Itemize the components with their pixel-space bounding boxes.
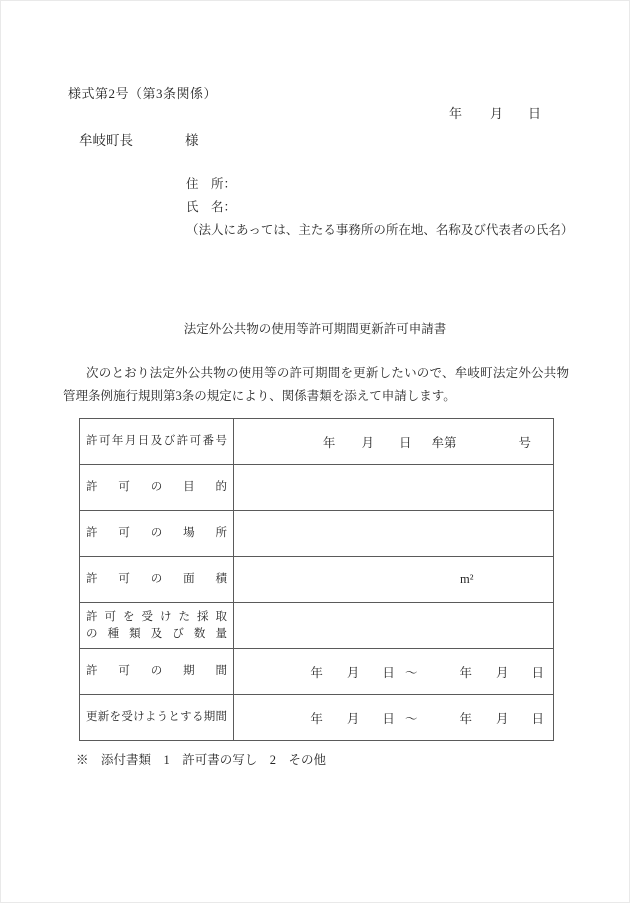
permit-period-field: 年 月 日 ～ 年 月 日 (234, 649, 554, 695)
table-row-renewal-period: 更新を受けようとする期間 年 月 日 ～ 年 月 日 (80, 695, 554, 741)
to-month-label: 月 (496, 709, 509, 727)
form-number: 様式第2号（第3条関係） (68, 83, 217, 102)
row-label-cell: 許可年月日及び許可番号 (80, 419, 234, 465)
date-line: 年 月 日 (449, 103, 541, 122)
application-form-page: 様式第2号（第3条関係） 年 月 日 牟岐町長 様 住 所： 氏 名： （法人に… (0, 0, 630, 903)
row-label: 許可の場所 (86, 525, 227, 542)
to-month-label: 月 (496, 663, 509, 681)
table-row-area: 許可の面積 m² (80, 557, 554, 603)
table-row-permit-date-number: 許可年月日及び許可番号 年 月 日 牟第 号 (80, 419, 554, 465)
row-label-cell: 許可の面積 (80, 557, 234, 603)
row-label-line1: 許可を受けた採取 (86, 609, 227, 626)
to-day-label: 日 (531, 709, 544, 727)
applicant-block: 住 所： 氏 名： （法人にあっては、主たる事務所の所在地、名称及び代表者の氏名… (186, 173, 573, 242)
from-day-label: 日 (382, 663, 395, 681)
to-year-label: 年 (459, 663, 472, 681)
area-field: m² (234, 557, 554, 603)
year-label: 年 (323, 433, 336, 451)
document-title: 法定外公共物の使用等許可期間更新許可申請書 (63, 319, 567, 337)
from-year-label: 年 (310, 663, 323, 681)
table-row-purpose: 許可の目的 (80, 465, 554, 511)
date-year-label: 年 (449, 103, 462, 122)
row-label: 許可の期間 (86, 663, 227, 680)
tilde-separator: ～ (405, 663, 418, 681)
from-month-label: 月 (347, 663, 360, 681)
date-day-label: 日 (528, 103, 541, 122)
row-label-cell: 許可を受けた採取 の種類及び数量 (80, 603, 234, 649)
row-label-cell: 許可の期間 (80, 649, 234, 695)
row-label-cell: 更新を受けようとする期間 (80, 695, 234, 741)
row-label-line2: の種類及び数量 (86, 626, 227, 643)
location-field (234, 511, 554, 557)
addressee-honorific: 様 (185, 129, 199, 149)
row-label: 許可年月日及び許可番号 (86, 433, 227, 450)
permit-number-suffix: 号 (518, 433, 531, 451)
table-row-extraction-type-quantity: 許可を受けた採取 の種類及び数量 (80, 603, 554, 649)
application-table: 許可年月日及び許可番号 年 月 日 牟第 号 許可の目的 (79, 418, 554, 741)
permit-date-number-field: 年 月 日 牟第 号 (234, 419, 554, 465)
tilde-separator: ～ (405, 709, 418, 727)
attachments-note: ※ 添付書類 1 許可書の写し 2 その他 (76, 750, 326, 768)
row-label: 許可の目的 (86, 479, 227, 496)
to-year-label: 年 (459, 709, 472, 727)
row-label-cell: 許可の場所 (80, 511, 234, 557)
month-label: 月 (361, 433, 374, 451)
applicant-address-label: 住 所： (186, 173, 573, 196)
addressee-line: 牟岐町長 様 (79, 129, 199, 149)
row-label-cell: 許可の目的 (80, 465, 234, 511)
renewal-period-field: 年 月 日 ～ 年 月 日 (234, 695, 554, 741)
row-label: 更新を受けようとする期間 (86, 709, 227, 726)
permit-number-prefix: 牟第 (431, 433, 456, 451)
date-month-label: 月 (490, 103, 503, 122)
corporation-note: （法人にあっては、主たる事務所の所在地、名称及び代表者の氏名） (186, 219, 573, 242)
purpose-field (234, 465, 554, 511)
table-row-location: 許可の場所 (80, 511, 554, 557)
from-year-label: 年 (310, 709, 323, 727)
from-month-label: 月 (347, 709, 360, 727)
from-day-label: 日 (382, 709, 395, 727)
square-meter-unit: m² (460, 572, 473, 587)
application-statement: 次のとおり法定外公共物の使用等の許可期間を更新したいので、牟岐町法定外公共物管理… (63, 362, 569, 408)
applicant-name-label: 氏 名： (186, 196, 573, 219)
extraction-type-quantity-field (234, 603, 554, 649)
table-row-permit-period: 許可の期間 年 月 日 ～ 年 月 日 (80, 649, 554, 695)
row-label: 許可の面積 (86, 571, 227, 588)
addressee-title: 牟岐町長 (79, 129, 133, 149)
day-label: 日 (399, 433, 412, 451)
to-day-label: 日 (531, 663, 544, 681)
